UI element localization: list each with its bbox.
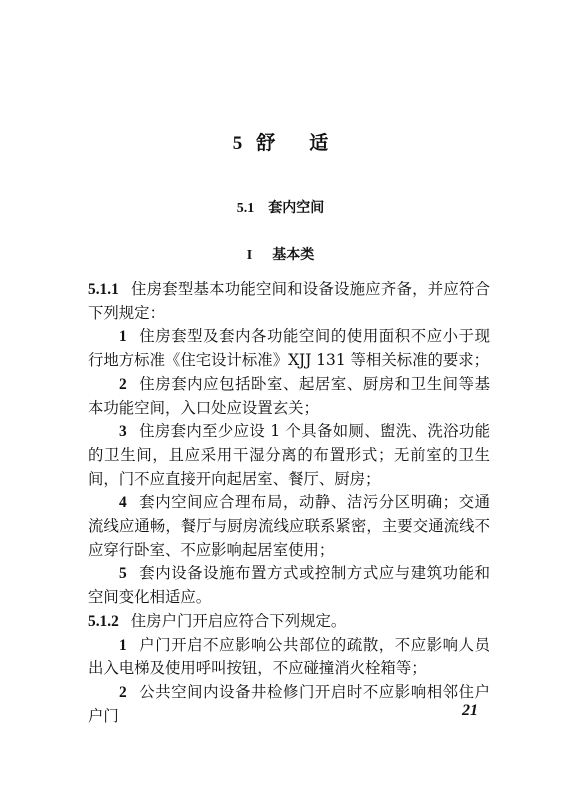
item-number: 2 — [119, 376, 127, 393]
page-number: 21 — [462, 702, 478, 720]
subsection-title: I基本类 — [0, 244, 561, 264]
item-number: 2 — [119, 684, 127, 701]
clause-item: 2公共空间内设备井检修门开启时不应影响相邻住户户门 — [88, 681, 490, 728]
item-number: 1 — [119, 328, 127, 345]
chapter-title: 5舒适 — [0, 128, 561, 155]
clause-5-1-2: 5.1.2住房户门开启应符合下列规定。 — [88, 610, 490, 634]
item-text: 公共空间内设备井检修门开启时不应影响相邻住户户门 — [88, 683, 490, 725]
chapter-title-part2: 适 — [309, 132, 328, 154]
clause-item: 2住房套内应包括卧室、起居室、厨房和卫生间等基本功能空间，入口处应设置玄关； — [88, 373, 490, 420]
subsection-title-text: 基本类 — [272, 247, 314, 263]
clause-text: 住房户门开启应符合下列规定。 — [131, 612, 346, 630]
clause-item: 1住房套型及套内各功能空间的使用面积不应小于现行地方标准《住宅设计标准》XJJ … — [88, 325, 490, 372]
section-title: 5.1套内空间 — [0, 197, 561, 217]
item-number: 5 — [119, 565, 127, 582]
item-number: 1 — [119, 637, 127, 654]
clause-5-1-1: 5.1.1住房套型基本功能空间和设备设施应齐备，并应符合下列规定： — [88, 278, 490, 325]
chapter-title-part1: 舒 — [256, 132, 275, 154]
body-text: 5.1.1住房套型基本功能空间和设备设施应齐备，并应符合下列规定： 1住房套型及… — [88, 278, 490, 728]
clause-item: 5套内设备设施布置方式或控制方式应与建筑功能和空间变化相适应。 — [88, 562, 490, 609]
clause-item: 3住房套内至少应设 1 个具备如厕、盥洗、洗浴功能的卫生间，且应采用干湿分离的布… — [88, 420, 490, 491]
item-text: 住房套内至少应设 1 个具备如厕、盥洗、洗浴功能的卫生间，且应采用干湿分离的布置… — [88, 422, 490, 487]
section-title-text: 套内空间 — [268, 200, 324, 216]
item-text: 住房套内应包括卧室、起居室、厨房和卫生间等基本功能空间，入口处应设置玄关； — [88, 375, 490, 417]
item-text: 套内空间应合理布局，动静、洁污分区明确；交通流线应通畅，餐厅与厨房流线应联系紧密… — [88, 493, 490, 558]
item-text: 住房套型及套内各功能空间的使用面积不应小于现行地方标准《住宅设计标准》XJJ 1… — [88, 327, 490, 369]
item-number: 3 — [119, 423, 127, 440]
clause-item: 1户门开启不应影响公共部位的疏散，不应影响人员出入电梯及使用呼叫按钮，不应碰撞消… — [88, 634, 490, 681]
item-number: 4 — [119, 494, 127, 511]
subsection-number: I — [247, 248, 252, 263]
clause-item: 4套内空间应合理布局，动静、洁污分区明确；交通流线应通畅，餐厅与厨房流线应联系紧… — [88, 491, 490, 562]
item-text: 套内设备设施布置方式或控制方式应与建筑功能和空间变化相适应。 — [88, 564, 490, 606]
section-number: 5.1 — [237, 201, 255, 216]
chapter-number: 5 — [233, 133, 243, 154]
clause-number: 5.1.1 — [88, 281, 119, 298]
clause-number: 5.1.2 — [88, 613, 119, 630]
item-text: 户门开启不应影响公共部位的疏散，不应影响人员出入电梯及使用呼叫按钮，不应碰撞消火… — [88, 636, 490, 678]
clause-text: 住房套型基本功能空间和设备设施应齐备，并应符合下列规定： — [88, 280, 490, 322]
document-page: 5舒适 5.1套内空间 I基本类 5.1.1住房套型基本功能空间和设备设施应齐备… — [0, 0, 561, 804]
